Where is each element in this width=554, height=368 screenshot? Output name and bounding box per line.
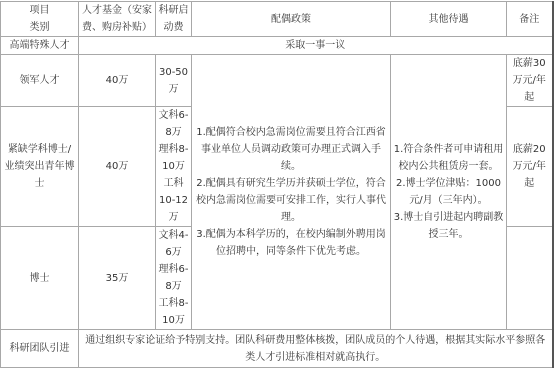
row-merged-text: 采取一事一议 — [79, 37, 553, 55]
row-talent-fund: 35万 — [79, 227, 156, 330]
header-research-startup: 科研启动费 — [156, 2, 192, 37]
header-remarks: 备注 — [507, 2, 553, 37]
row-research-startup: 30-50 万 — [156, 55, 192, 107]
other-benefits-item: 1.符合条件者可申请租用校内公共租赁房一套。 — [393, 141, 504, 175]
other-benefits-item: 2.博士学位津贴：1000元/月（三年内）。 — [393, 175, 504, 209]
other-benefits-cell: 1.符合条件者可申请租用校内公共租赁房一套。 2.博士学位津贴：1000元/月（… — [391, 55, 507, 330]
row-remarks: 底薪30万元/年起 — [507, 55, 553, 107]
spouse-policy-item: 1.配偶符合校内急需岗位需要且符合江西省事业单位人员调动政策可办理正式调入手续。 — [194, 124, 388, 175]
row-talent-fund: 40万 — [79, 107, 156, 227]
row-talent-fund: 40万 — [79, 55, 156, 107]
spouse-policy-cell: 1.配偶符合校内急需岗位需要且符合江西省事业单位人员调动政策可办理正式调入手续。… — [192, 55, 391, 330]
table-row: 高端特殊人才 采取一事一议 — [1, 37, 553, 55]
row-category: 紧缺学科博士/业绩突出青年博士 — [1, 107, 79, 227]
row-remarks: 底薪20万元/年起 — [507, 107, 553, 227]
row-research-startup: 文科6- 8万 理科8- 10万 工科 10-12 万 — [156, 107, 192, 227]
header-talent-fund: 人才基金（安家费、购房补贴） — [79, 2, 156, 37]
row-remarks — [507, 227, 553, 330]
talent-policy-table: 项目 类别 人才基金（安家费、购房补贴） 科研启动费 配偶政策 其他待遇 备注 … — [0, 1, 554, 337]
spouse-policy-item: 3.配偶为本科学历的，在校内编制外聘用岗位招聘中，同等条件下优先考虑。 — [194, 226, 388, 260]
row-category: 科研团队引进 — [1, 330, 79, 338]
table-row: 科研团队引进 通过组织专家论证给予特别支持。团队科研费用整体核拨，团队成员的个人… — [1, 330, 553, 338]
row-research-startup: 文科4- 6万 理科6- 8万 工科8- 10万 — [156, 227, 192, 330]
header-category-line2: 类别 — [3, 19, 76, 36]
header-category-line1: 项目 — [3, 2, 76, 19]
header-row: 项目 类别 人才基金（安家费、购房补贴） 科研启动费 配偶政策 其他待遇 备注 — [1, 2, 553, 37]
row-category: 领军人才 — [1, 55, 79, 107]
row-category: 博士 — [1, 227, 79, 330]
spouse-policy-item: 2.配偶具有研究生学历并获硕士学位，符合校内急需岗位需要可安排工作，实行人事代理… — [194, 175, 388, 226]
row-merged-text: 通过组织专家论证给予特别支持。团队科研费用整体核拨，团队成员的个人待遇，根据其实… — [79, 330, 553, 338]
table-row: 领军人才 40万 30-50 万 1.配偶符合校内急需岗位需要且符合江西省事业单… — [1, 55, 553, 107]
header-category: 项目 类别 — [1, 2, 79, 37]
row-category: 高端特殊人才 — [1, 37, 79, 55]
header-spouse-policy: 配偶政策 — [192, 2, 391, 37]
other-benefits-item: 3.博士自引进起内聘副教授三年。 — [393, 209, 504, 243]
header-other-benefits: 其他待遇 — [391, 2, 507, 37]
